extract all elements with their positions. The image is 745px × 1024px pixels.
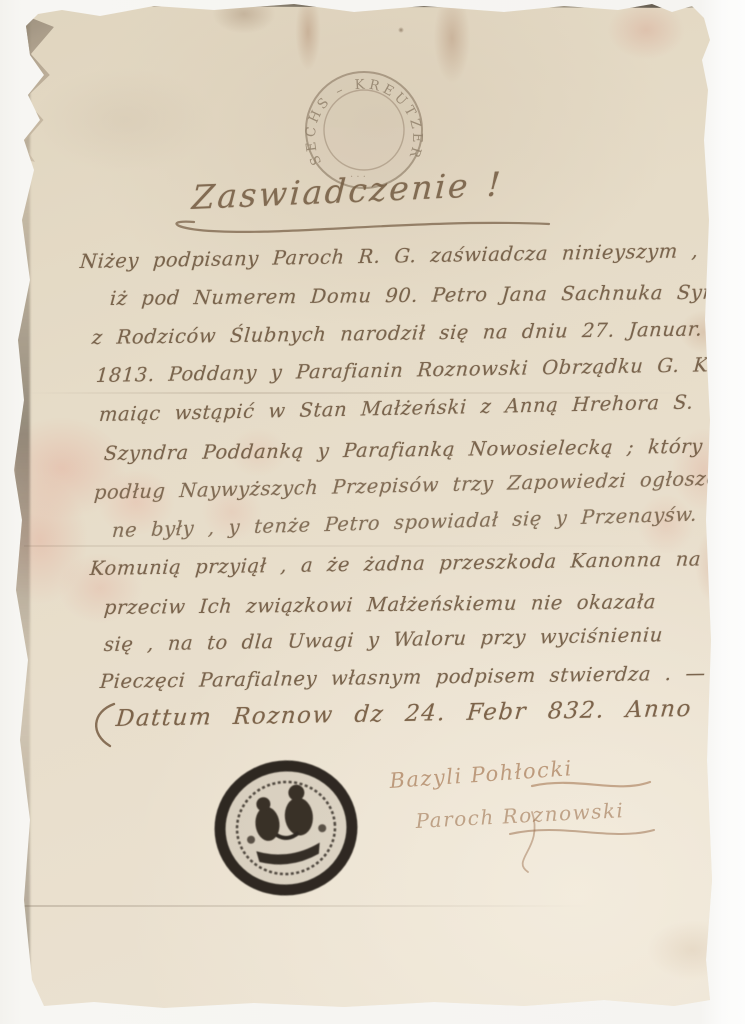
- handwritten-line: Pieczęci Parafialney własnym podpisem st…: [99, 662, 706, 693]
- handwritten-line: Niżey podpisany Paroch R. G. zaświadcza …: [79, 239, 699, 273]
- signature: Bazyli Pohłocki Paroch Roznowski: [382, 752, 672, 877]
- torn-corner: [12, 12, 54, 162]
- handwritten-line: iż pod Numerem Domu 90. Petro Jana Sachn…: [109, 281, 716, 310]
- date-line: Dattum Roznow dz 24. Febr 832. Anno: [115, 696, 693, 732]
- document-page: SECHS – KREUTZER · · · Zaswiadczenie ! N…: [4, 0, 720, 1014]
- crease-line: [24, 905, 690, 907]
- torn-top-edge: [34, 2, 702, 8]
- handwritten-line: ne były , y tenże Petro spowiadał się y …: [111, 503, 698, 542]
- handwritten-line: z Rodziców Ślubnych narodził się na dniu…: [91, 317, 703, 349]
- handwritten-line: się , na to dla Uwagi y Waloru przy wyci…: [103, 623, 664, 656]
- scanned-document: { "document": { "stamp": { "ring_text": …: [0, 0, 745, 1024]
- crease-line: [24, 545, 690, 547]
- signature-line-1: Bazyli Pohłocki: [388, 756, 574, 793]
- worn-left-edge: [14, 20, 30, 1006]
- handwritten-line: 1813. Poddany y Parafianin Roznowski Obr…: [95, 353, 716, 387]
- document-title: Zaswiadczenie !: [191, 164, 504, 217]
- handwritten-line: maiąc wstąpić w Stan Małżeński z Anną Hr…: [98, 391, 694, 426]
- handwritten-line: przeciw Ich związkowi Małżeńskiemu nie o…: [103, 590, 657, 619]
- handwritten-line: podług Naywyższych Przepisów trzy Zapowi…: [93, 467, 719, 504]
- handwritten-line: Komunią przyiął , a że żadna przeszkoda …: [89, 547, 702, 580]
- parish-seal: [199, 750, 373, 906]
- stamp-ring-text: SECHS – KREUTZER: [303, 76, 426, 167]
- signature-line-2: Paroch Roznowski: [414, 798, 625, 833]
- title-underline-flourish: [154, 212, 564, 244]
- handwritten-line: Szyndra Poddanką y Parafianką Nowosielec…: [103, 435, 704, 465]
